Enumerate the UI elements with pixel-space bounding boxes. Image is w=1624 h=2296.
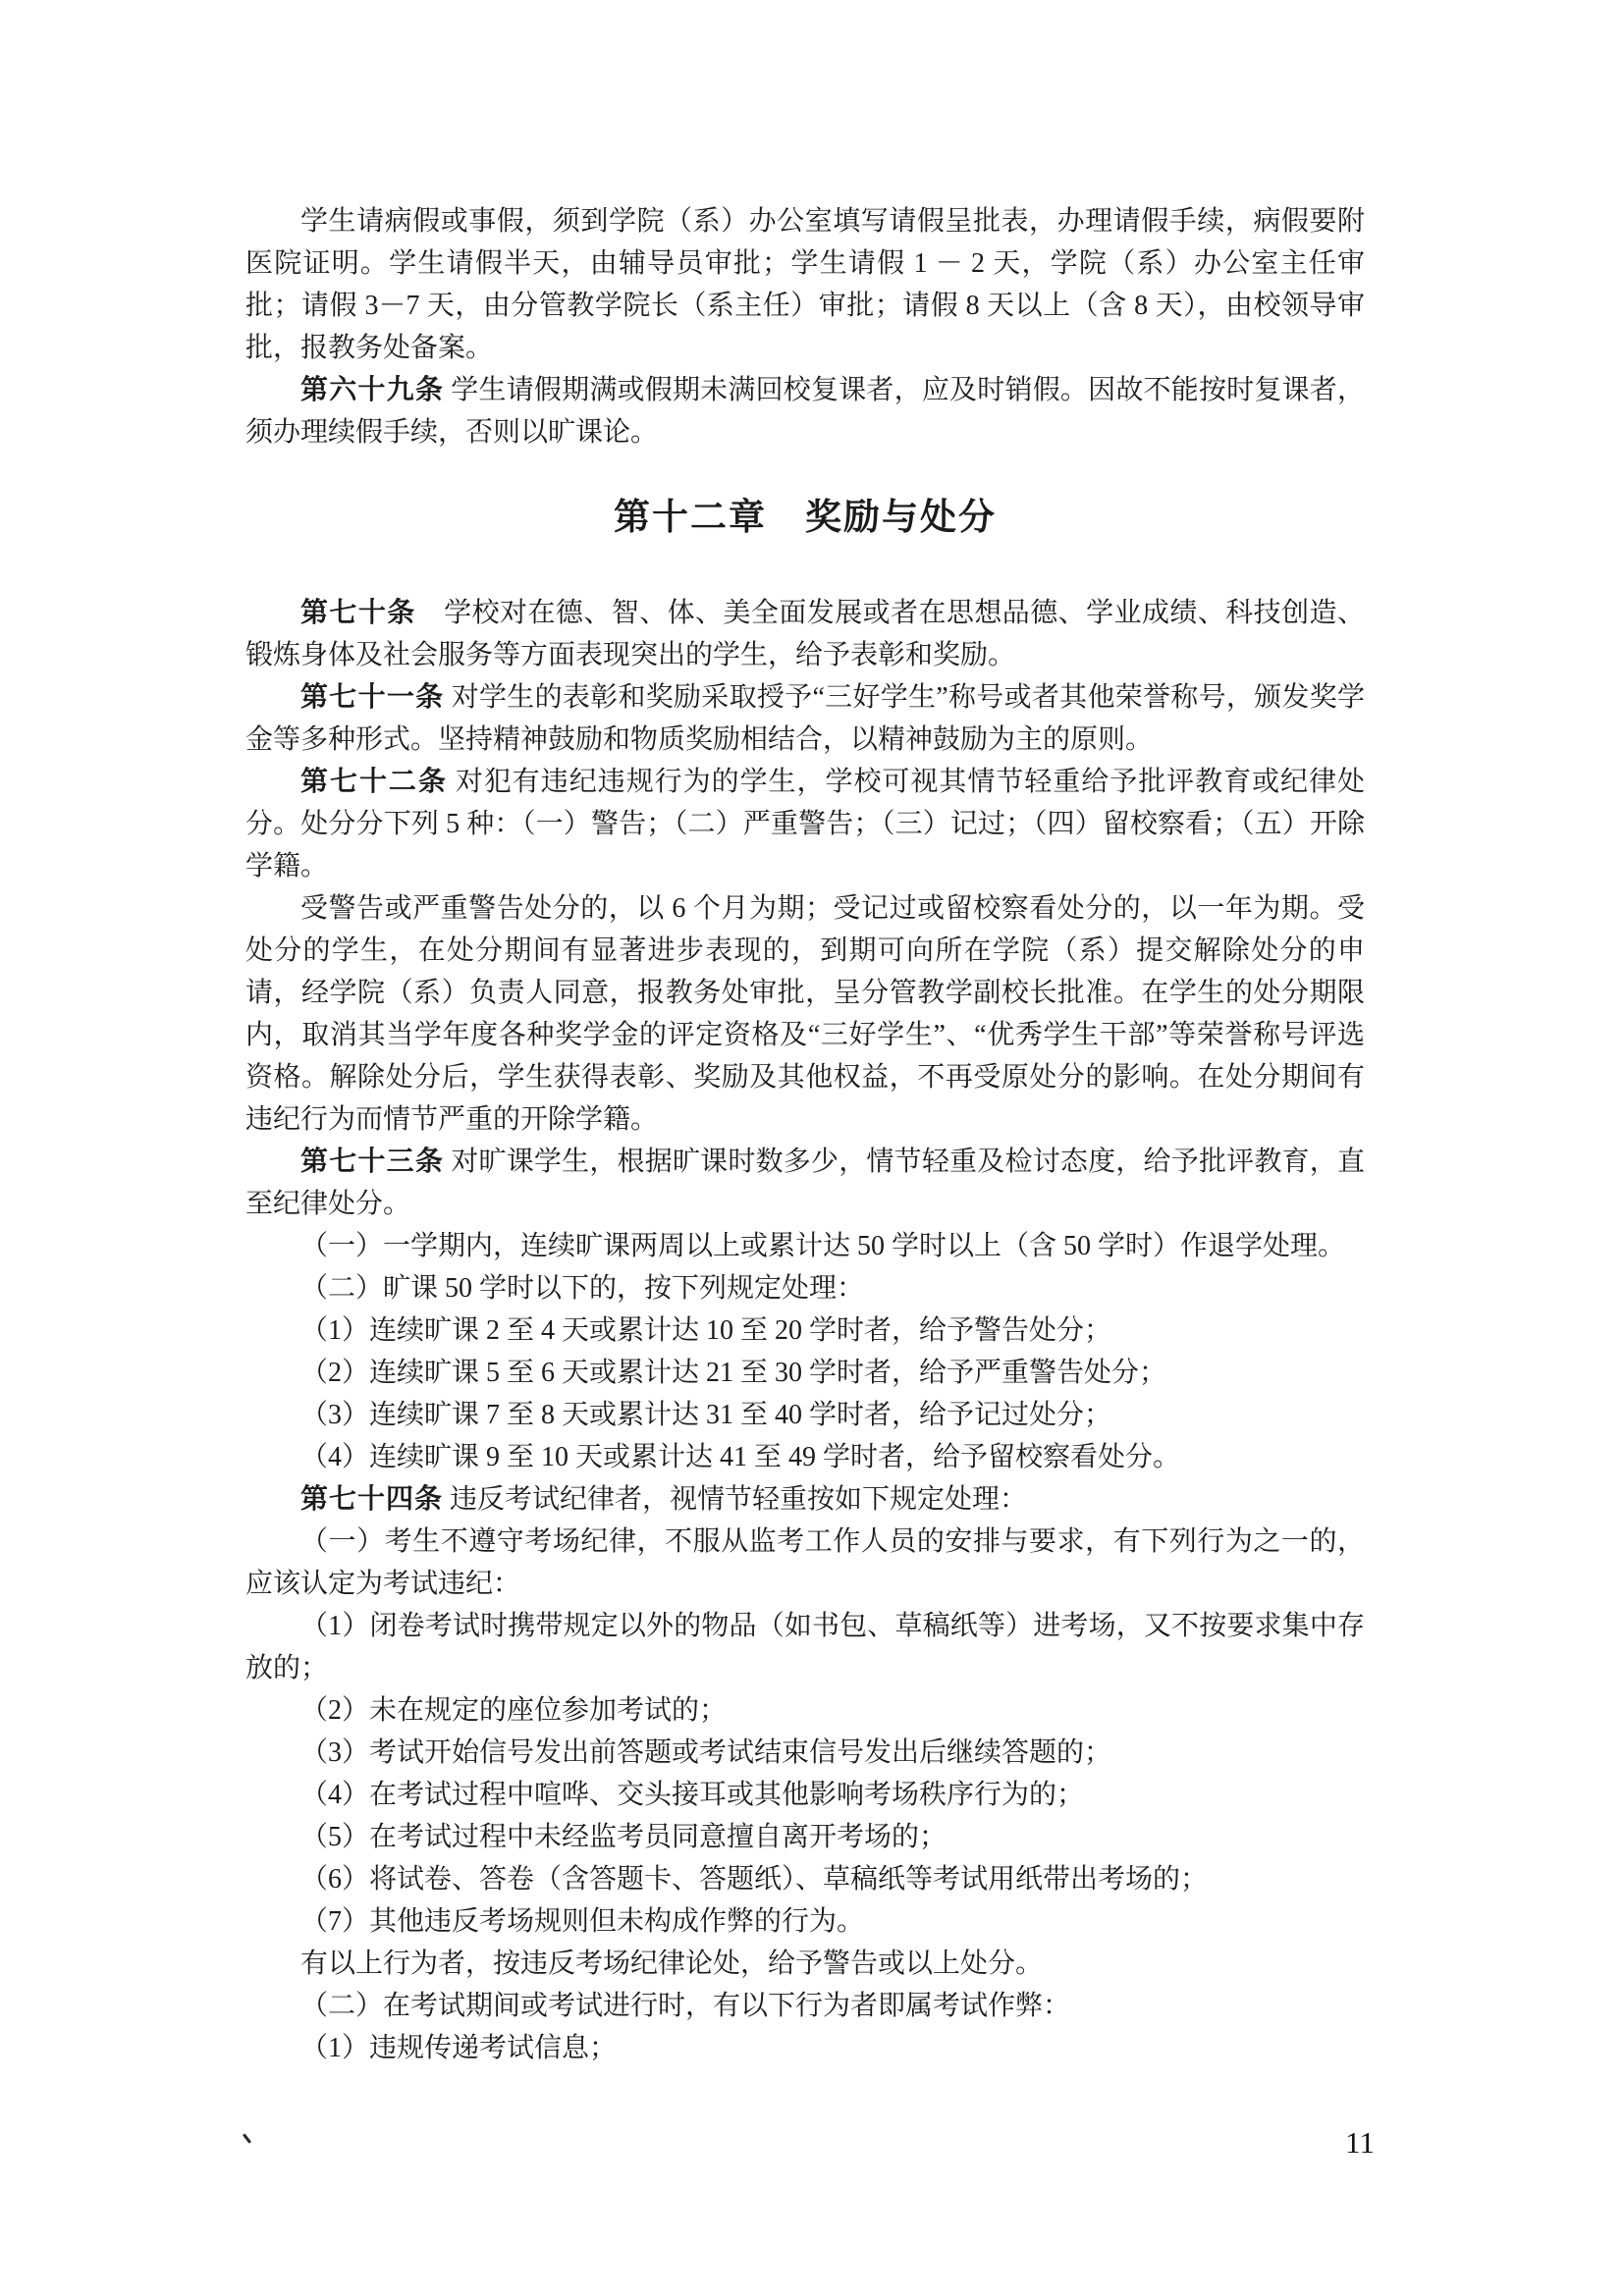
item-74-1-7: （7）其他违反考场规则但未构成作弊的行为。: [245, 1900, 1365, 1943]
item-74-2-1: （1）违规传递考试信息；: [245, 2027, 1365, 2069]
article-73: 第七十三条 对旷课学生，根据旷课时数多少，情节轻重及检讨态度，给予批评教育，直至…: [245, 1141, 1365, 1225]
item-74-1-6: （6）将试卷、答卷（含答题卡、答题纸）、草稿纸等考试用纸带出考场的；: [245, 1858, 1365, 1900]
para-punishment-terms: 受警告或严重警告处分的，以 6 个月为期；受记过或留校察看处分的，以一年为期。受…: [245, 887, 1365, 1141]
item-74-1-5: （5）在考试过程中未经监考员同意擅自离开考场的；: [245, 1816, 1365, 1858]
article-number: 第七十四条: [300, 1484, 443, 1515]
document-body: 学生请病假或事假，须到学院（系）办公室填写请假呈批表，办理请假手续，病假要附医院…: [245, 200, 1365, 2069]
item-74-1-1: （1）闭卷考试时携带规定以外的物品（如书包、草稿纸等）进考场，又不按要求集中存放…: [245, 1605, 1365, 1689]
para-discipline-conclusion: 有以上行为者，按违反考场纪律论处，给予警告或以上处分。: [245, 1943, 1365, 1985]
item-73-2-2: （2）连续旷课 5 至 6 天或累计达 21 至 30 学时者，给予严重警告处分…: [245, 1352, 1365, 1394]
page-number: 11: [1345, 2126, 1375, 2160]
item-74-1-4: （4）在考试过程中喧哗、交头接耳或其他影响考场秩序行为的；: [245, 1774, 1365, 1816]
article-70: 第七十条 学校对在德、智、体、美全面发展或者在思想品德、学业成绩、科技创造、锻炼…: [245, 592, 1365, 676]
item-73-2-1: （1）连续旷课 2 至 4 天或累计达 10 至 20 学时者，给予警告处分；: [245, 1309, 1365, 1352]
article-number: 第六十九条: [300, 375, 444, 405]
article-72: 第七十二条 对犯有违纪违规行为的学生，学校可视其情节轻重给予批评教育或纪律处分。…: [245, 761, 1365, 887]
item-73-1: （一）一学期内，连续旷课两周以上或累计达 50 学时以上（含 50 学时）作退学…: [245, 1225, 1365, 1267]
item-74-1-2: （2）未在规定的座位参加考试的；: [245, 1689, 1365, 1732]
stray-ink-mark: [243, 2133, 251, 2144]
article-74: 第七十四条 违反考试纪律者，视情节轻重按如下规定处理：: [245, 1478, 1365, 1521]
article-71: 第七十一条 对学生的表彰和奖励采取授予“三好学生”称号或者其他荣誉称号，颁发奖学…: [245, 676, 1365, 761]
item-74-2: （二）在考试期间或考试进行时，有以下行为者即属考试作弊：: [245, 1985, 1365, 2027]
item-74-1: （一）考生不遵守考场纪律，不服从监考工作人员的安排与要求，有下列行为之一的，应该…: [245, 1521, 1365, 1605]
para-leave-procedure: 学生请病假或事假，须到学院（系）办公室填写请假呈批表，办理请假手续，病假要附医院…: [245, 200, 1365, 369]
item-74-1-3: （3）考试开始信号发出前答题或考试结束信号发出后继续答题的；: [245, 1732, 1365, 1774]
item-73-2-3: （3）连续旷课 7 至 8 天或累计达 31 至 40 学时者，给予记过处分；: [245, 1394, 1365, 1436]
article-69: 第六十九条 学生请假期满或假期未满回校复课者，应及时销假。因故不能按时复课者，须…: [245, 369, 1365, 454]
article-number: 第七十三条: [300, 1147, 444, 1177]
item-73-2: （二）旷课 50 学时以下的，按下列规定处理：: [245, 1267, 1365, 1309]
chapter-12-heading: 第十二章 奖励与处分: [245, 493, 1365, 542]
document-page: 学生请病假或事假，须到学院（系）办公室填写请假呈批表，办理请假手续，病假要附医院…: [0, 0, 1624, 2296]
article-number: 第七十二条: [300, 767, 448, 797]
article-number: 第七十一条: [300, 682, 444, 713]
article-number: 第七十条: [300, 598, 416, 628]
item-73-2-4: （4）连续旷课 9 至 10 天或累计达 41 至 49 学时者，给予留校察看处…: [245, 1436, 1365, 1478]
